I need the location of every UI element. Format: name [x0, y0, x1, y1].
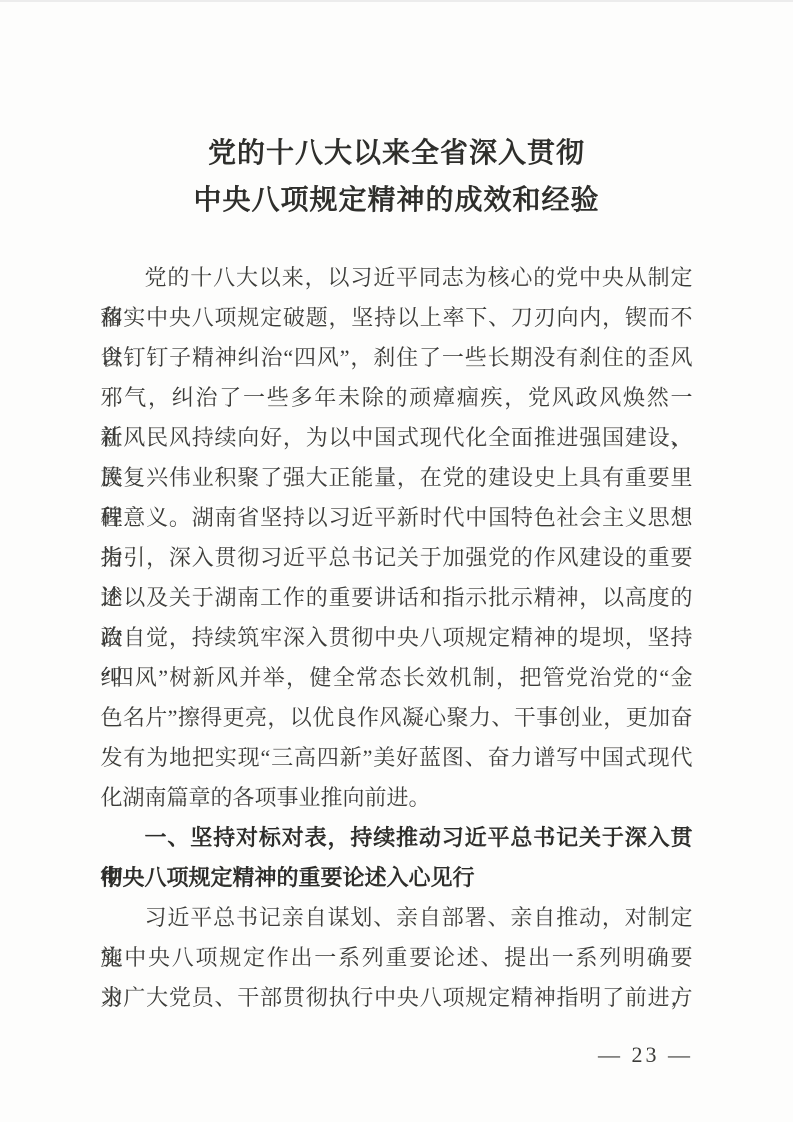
paragraph: 党的十八大以来，以习近平同志为核心的党中央从制定和落实中央八项规定破题，坚持以上… — [101, 258, 693, 818]
document-title: 党的十八大以来全省深入贯彻 中央八项规定精神的成效和经验 — [0, 130, 793, 224]
text-line: 色名片”擦得更亮，以优良作风凝心聚力、干事创业，更加奋 — [101, 698, 693, 738]
text-line: 党的十八大以来，以习近平同志为核心的党中央从制定和 — [101, 258, 693, 298]
text-line: 中央八项规定精神的重要论述入心见行 — [101, 858, 693, 898]
page-footer: — 23 — — [598, 1042, 693, 1068]
text-line: 化湖南篇章的各项事业推向前进。 — [101, 778, 693, 818]
title-line: 党的十八大以来全省深入贯彻 — [0, 130, 793, 177]
text-line: 发有为地把实现“三高四新”美好蓝图、奋力谱写中国式现代 — [101, 738, 693, 778]
text-line: 族复兴伟业积聚了强大正能量，在党的建设史上具有重要里程 — [101, 458, 693, 498]
page-number: — 23 — — [598, 1042, 693, 1067]
text-line: 习近平总书记亲自谋划、亲自部署、亲自推动，对制定实 — [101, 898, 693, 938]
document-page: 党的十八大以来全省深入贯彻 中央八项规定精神的成效和经验 党的十八大以来，以习近… — [0, 0, 793, 1122]
text-line: 施中央八项规定作出一系列重要论述、提出一系列明确要求， — [101, 938, 693, 978]
text-line: 邪气，纠治了一些多年未除的顽瘴痼疾，党风政风焕然一新， — [101, 378, 693, 418]
text-line: 碑意义。湖南省坚持以习近平新时代中国特色社会主义思想为 — [101, 498, 693, 538]
text-line: 一、坚持对标对表，持续推动习近平总书记关于深入贯彻 — [101, 818, 693, 858]
text-line: 落实中央八项规定破题，坚持以上率下、刀刃向内，锲而不舍 — [101, 298, 693, 338]
section-heading: 一、坚持对标对表，持续推动习近平总书记关于深入贯彻中央八项规定精神的重要论述入心… — [101, 818, 693, 898]
text-line: 述以及关于湖南工作的重要讲话和指示批示精神，以高度的政 — [101, 578, 693, 618]
document-body: 党的十八大以来，以习近平同志为核心的党中央从制定和落实中央八项规定破题，坚持以上… — [101, 258, 693, 1018]
text-line: 社风民风持续向好，为以中国式现代化全面推进强国建设、民 — [101, 418, 693, 458]
text-line: 治自觉，持续筑牢深入贯彻中央八项规定精神的堤坝，坚持纠 — [101, 618, 693, 658]
text-line: “四风”树新风并举，健全常态长效机制，把管党治党的“金 — [101, 658, 693, 698]
text-line: 为广大党员、干部贯彻执行中央八项规定精神指明了前进方 — [101, 978, 693, 1018]
paragraph: 习近平总书记亲自谋划、亲自部署、亲自推动，对制定实施中央八项规定作出一系列重要论… — [101, 898, 693, 1018]
text-line: 以钉钉子精神纠治“四风”，刹住了一些长期没有刹住的歪风 — [101, 338, 693, 378]
text-line: 指引，深入贯彻习近平总书记关于加强党的作风建设的重要论 — [101, 538, 693, 578]
title-line: 中央八项规定精神的成效和经验 — [0, 177, 793, 224]
